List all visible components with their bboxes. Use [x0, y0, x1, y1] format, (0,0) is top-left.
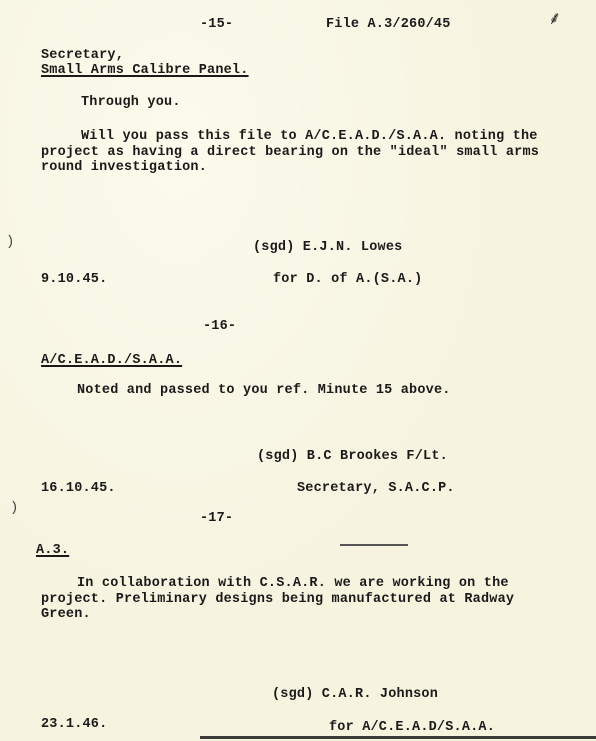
minute-15-number: -15-	[200, 17, 233, 32]
minute-17-body-line1: In collaboration with C.S.A.R. we are wo…	[77, 576, 509, 591]
file-reference: File A.3/260/45	[326, 17, 451, 32]
minute-17-signatory-title: for A/C.E.A.D/S.A.A.	[329, 720, 495, 735]
minute-16-date: 16.10.45.	[41, 481, 116, 496]
minute-15-addressee-line1: Secretary,	[41, 48, 124, 63]
minute-15-addressee-line2: Small Arms Calibre Panel.	[41, 63, 249, 78]
minute-16-addressee: A/C.E.A.D./S.A.A.	[41, 353, 182, 368]
minute-15-signature: (sgd) E.J.N. Lowes	[253, 240, 402, 255]
minute-15-body-line1: Will you pass this file to A/C.E.A.D./S.…	[81, 129, 538, 144]
minute-15-date: 9.10.45.	[41, 272, 107, 287]
corner-handwritten-mark: ⸙	[548, 6, 562, 30]
minute-16-signatory-title: Secretary, S.A.C.P.	[297, 481, 455, 496]
minute-17-addressee: A.3.	[36, 543, 69, 558]
page-bottom-edge	[200, 736, 596, 739]
minute-17-number: -17-	[200, 511, 233, 526]
redaction-dash	[340, 544, 408, 546]
minute-15-signatory-title: for D. of A.(S.A.)	[273, 272, 422, 287]
document-page: ⸙ ) ) -15- File A.3/260/45 Secretary, Sm…	[0, 0, 596, 741]
minute-15-through: Through you.	[81, 95, 181, 110]
minute-16-body: Noted and passed to you ref. Minute 15 a…	[77, 383, 451, 398]
minute-16-signature: (sgd) B.C Brookes F/Lt.	[257, 449, 448, 464]
minute-17-body-line3: Green.	[41, 607, 91, 622]
minute-16-number: -16-	[203, 319, 236, 334]
margin-bracket-mark: )	[10, 500, 18, 516]
minute-17-date: 23.1.46.	[41, 717, 107, 732]
minute-15-body-line3: round investigation.	[41, 160, 207, 175]
minute-17-body-line2: project. Preliminary designs being manuf…	[41, 592, 514, 607]
minute-15-body-line2: project as having a direct bearing on th…	[41, 145, 539, 160]
margin-bracket-mark: )	[6, 234, 14, 250]
minute-17-signature: (sgd) C.A.R. Johnson	[272, 687, 438, 702]
